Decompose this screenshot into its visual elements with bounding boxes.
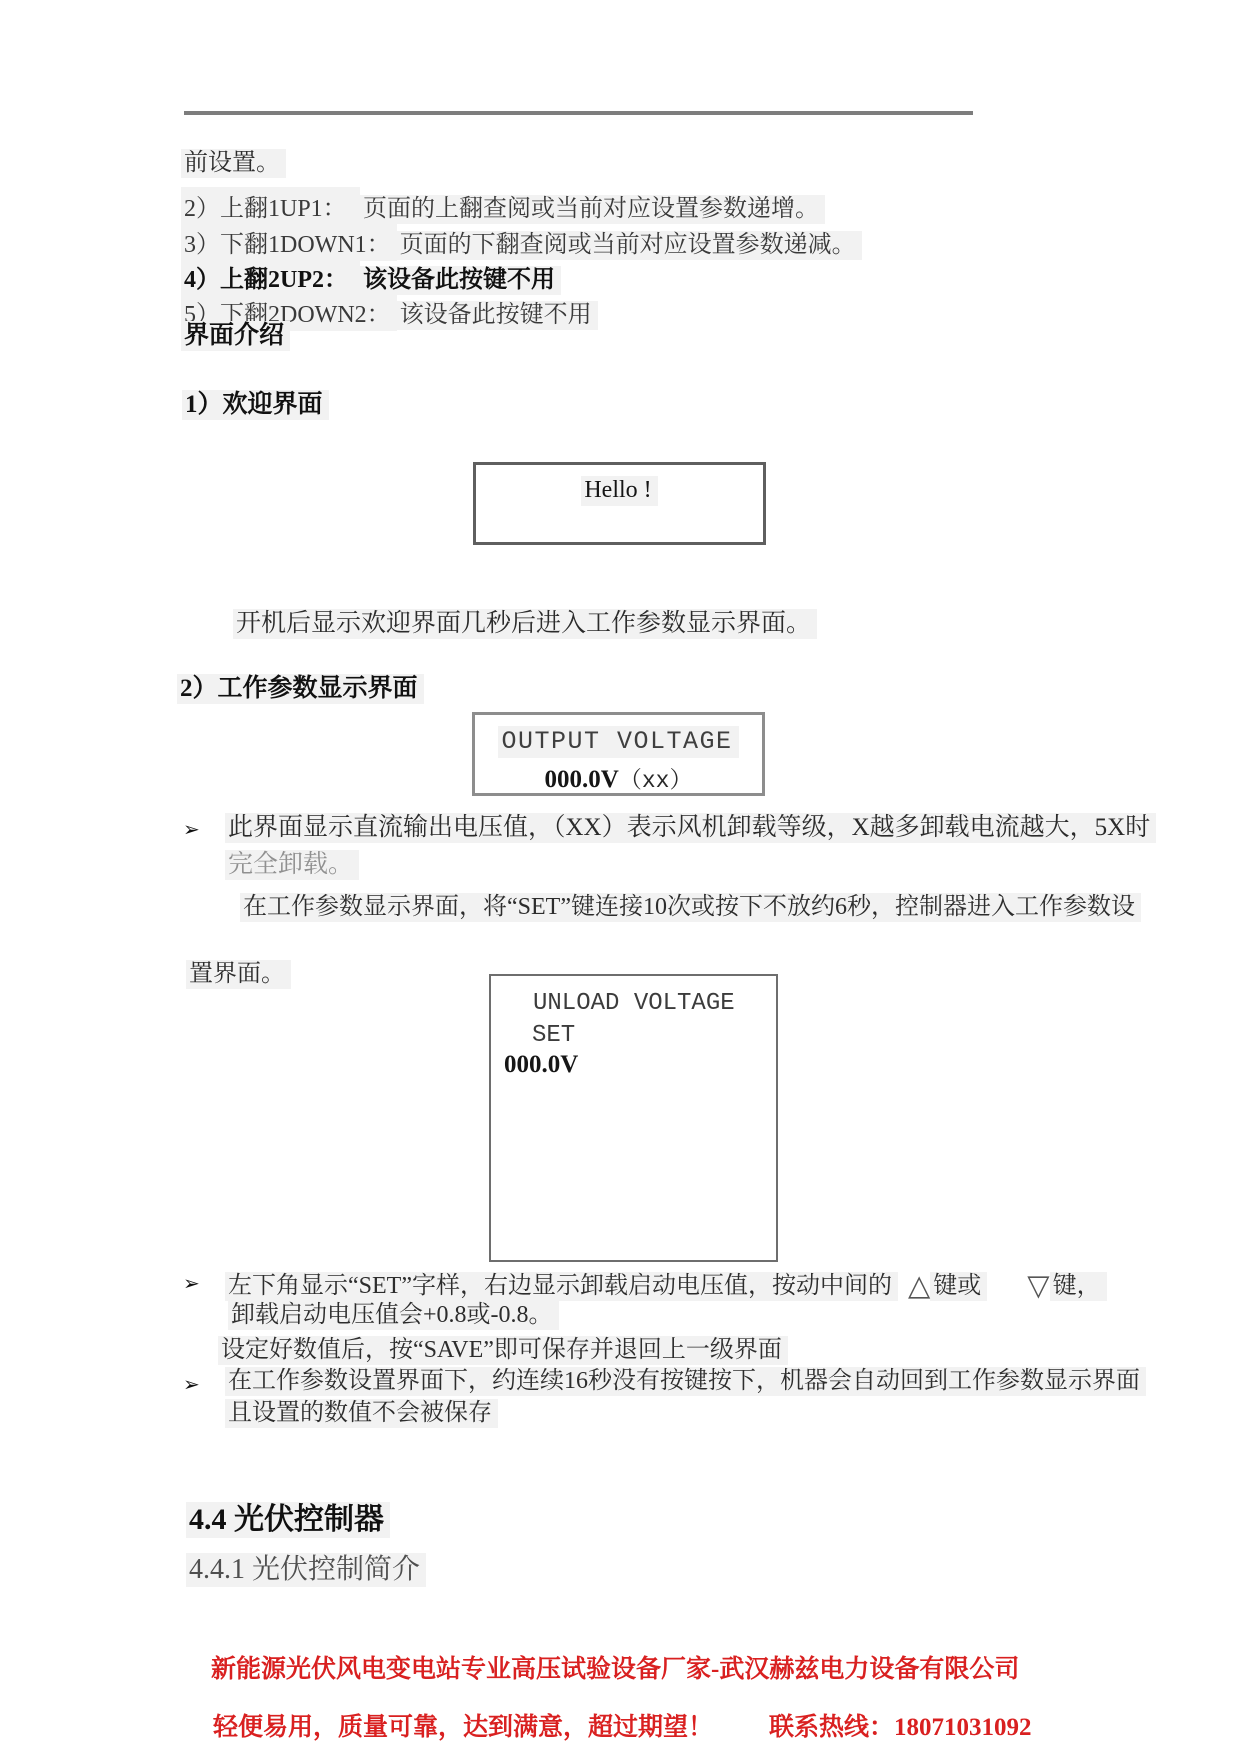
bullet2-line1: 左下角显示“SET”字样，右边显示卸载启动电压值，按动中间的△键或▽键， [225, 1267, 1107, 1301]
bullet3-line1: 在工作参数设置界面下，约连续16秒没有按键按下，机器会自动回到工作参数显示界面 [225, 1368, 1146, 1396]
key-list-row: 3）下翻1DOWN1：页面的下翻查阅或当前对应设置参数递减。 [181, 223, 862, 261]
key-list-row: 2）上翻1UP1：页面的上翻查阅或当前对应设置参数递增。 [181, 187, 825, 225]
key-label: 4）上翻2UP2： [181, 258, 360, 296]
up-key-text: 键或 [930, 1272, 987, 1301]
key-label: 2）上翻1UP1： [181, 187, 360, 225]
key-desc: 页面的下翻查阅或当前对应设置参数递减。 [397, 231, 862, 260]
bullet2-line2: 卸载启动电压值会+0.8或-0.8。 [228, 1302, 559, 1330]
bullet1-line1: 此界面显示直流输出电压值，（XX）表示风机卸载等级，X越多卸载电流越大，5X时 [225, 814, 1156, 843]
set-key-paragraph-line2: 置界面。 [186, 961, 291, 989]
triangle-down-icon: ▽ [1027, 1268, 1049, 1302]
footer-line2: 轻便易用，质量可靠，达到满意，超过期望！联系热线：18071031092 [213, 1714, 1032, 1743]
unload-screen-title: UNLOAD VOLTAGE [533, 990, 735, 1017]
prev-page-continuation-text: 前设置。 [181, 149, 286, 178]
top-divider-rule [184, 111, 973, 115]
unload-voltage-screen-box: UNLOAD VOLTAGE SET 000.0V [489, 974, 778, 1262]
welcome-subheading: 1）欢迎界面 [182, 391, 329, 420]
welcome-paragraph: 开机后显示欢迎界面几秒后进入工作参数显示界面。 [233, 610, 817, 639]
hello-screen-box: Hello ! [473, 462, 766, 545]
display-subheading: 2）工作参数显示界面 [177, 675, 424, 704]
output-voltage-screen-box: OUTPUT VOLTAGE 000.0V（xx） [472, 712, 765, 796]
bullet1-line2: 完全卸载。 [225, 851, 359, 880]
output-voltage-value: 000.0V [545, 766, 619, 793]
footer-company-line: 新能源光伏风电变电站专业高压试验设备厂家-武汉赫兹电力设备有限公司 [211, 1656, 1019, 1685]
bullet3-line2: 且设置的数值不会被保存 [225, 1400, 498, 1428]
bullet-arrow-icon: ➢ [183, 1372, 200, 1397]
pv-section-heading: 4.4 光伏控制器 [186, 1503, 390, 1538]
output-screen-title: OUTPUT VOLTAGE [498, 726, 738, 758]
unload-voltage-value: 000.0V [504, 1051, 578, 1079]
bullet2-line3: 设定好数值后，按“SAVE”即可保存并退回上一级界面 [218, 1337, 788, 1365]
footer-hotline: 联系热线：18071031092 [769, 1714, 1032, 1741]
footer-slogan: 轻便易用，质量可靠，达到满意，超过期望！ [213, 1714, 713, 1741]
key-desc: 该设备此按键不用 [397, 301, 598, 330]
key-list-row: 4）上翻2UP2：该设备此按键不用 [181, 258, 561, 296]
unload-screen-set-label: SET [532, 1022, 575, 1049]
set-key-paragraph-line1: 在工作参数显示界面，将“SET”键连接10次或按下不放约6秒，控制器进入工作参数… [240, 894, 1141, 922]
output-unload-level: （xx） [619, 768, 693, 794]
bullet-arrow-icon: ➢ [183, 817, 200, 842]
hello-screen-text: Hello ! [581, 476, 657, 506]
output-screen-value-line: 000.0V（xx） [475, 761, 762, 794]
key-label: 3）下翻1DOWN1： [181, 223, 397, 261]
key-desc: 该设备此按键不用 [360, 266, 561, 295]
down-key-text: 键， [1050, 1272, 1107, 1301]
pv-subsection-heading: 4.4.1 光伏控制简介 [186, 1554, 426, 1586]
bullet-arrow-icon: ➢ [183, 1271, 200, 1296]
section-heading: 界面介绍 [181, 322, 290, 351]
triangle-up-icon: △ [908, 1268, 930, 1302]
document-page: 前设置。 2）上翻1UP1：页面的上翻查阅或当前对应设置参数递增。 3）下翻1D… [0, 0, 1241, 1754]
key-desc: 页面的上翻查阅或当前对应设置参数递增。 [360, 195, 825, 224]
prev-page-continuation: 前设置。 [181, 150, 286, 178]
